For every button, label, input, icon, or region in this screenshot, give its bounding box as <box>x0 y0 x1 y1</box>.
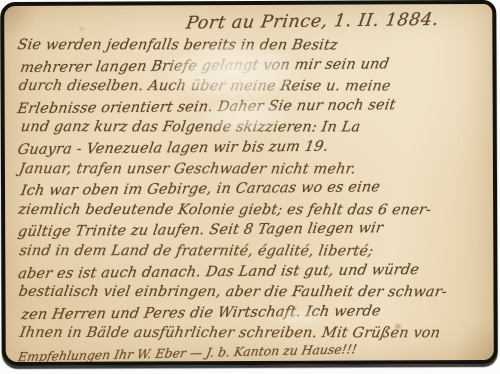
handwriting-line: Sie werden jedenfalls bereits in den Bes… <box>17 34 484 57</box>
handwriting-line: gültige Trinite zu laufen. Seit 8 Tagen … <box>18 219 485 242</box>
handwriting-line: aber es ist auch danach. Das Land ist gu… <box>18 261 485 284</box>
handwriting-line: und ganz kurz das Folgende skizzieren: I… <box>21 116 485 139</box>
handwriting-line: Empfehlungen Ihr W. Eber — J. b. Kanton … <box>19 342 486 365</box>
handwriting-line: bestialisch viel einbringen, aber die Fa… <box>18 281 485 304</box>
handwriting-line: mehrerer langen Briefe gelangt von mir s… <box>20 55 484 78</box>
handwriting-line: Ich war oben im Gebirge, in Caracas wo e… <box>21 178 485 201</box>
handwriting-line: Januar, trafen unser Geschwader nicht me… <box>19 158 485 181</box>
handwriting-line: ziemlich bedeutende Kolonie giebt; es fe… <box>18 199 485 222</box>
postcard-paper: Port au Prince, 1. II. 1884. Sie werden … <box>4 4 494 362</box>
scanned-postcard-photo: Port au Prince, 1. II. 1884. Sie werden … <box>0 0 500 374</box>
handwriting-line: Erlebnisse orientiert sein. Daher Sie nu… <box>18 96 485 119</box>
dateline: Port au Prince, 1. II. 1884. <box>17 9 484 36</box>
handwriting-line: zen Herren und Peres die Wirtschaft. Ich… <box>22 302 486 325</box>
handwriting-line: durch dieselben. Auch über meine Reise u… <box>19 75 485 98</box>
dateline-text: Port au Prince, 1. II. 1884. <box>184 8 440 37</box>
handwriting-line: Guayra - Venezuela lagen wir bis zum 19. <box>18 137 485 160</box>
postcard: Port au Prince, 1. II. 1884. Sie werden … <box>0 0 498 366</box>
